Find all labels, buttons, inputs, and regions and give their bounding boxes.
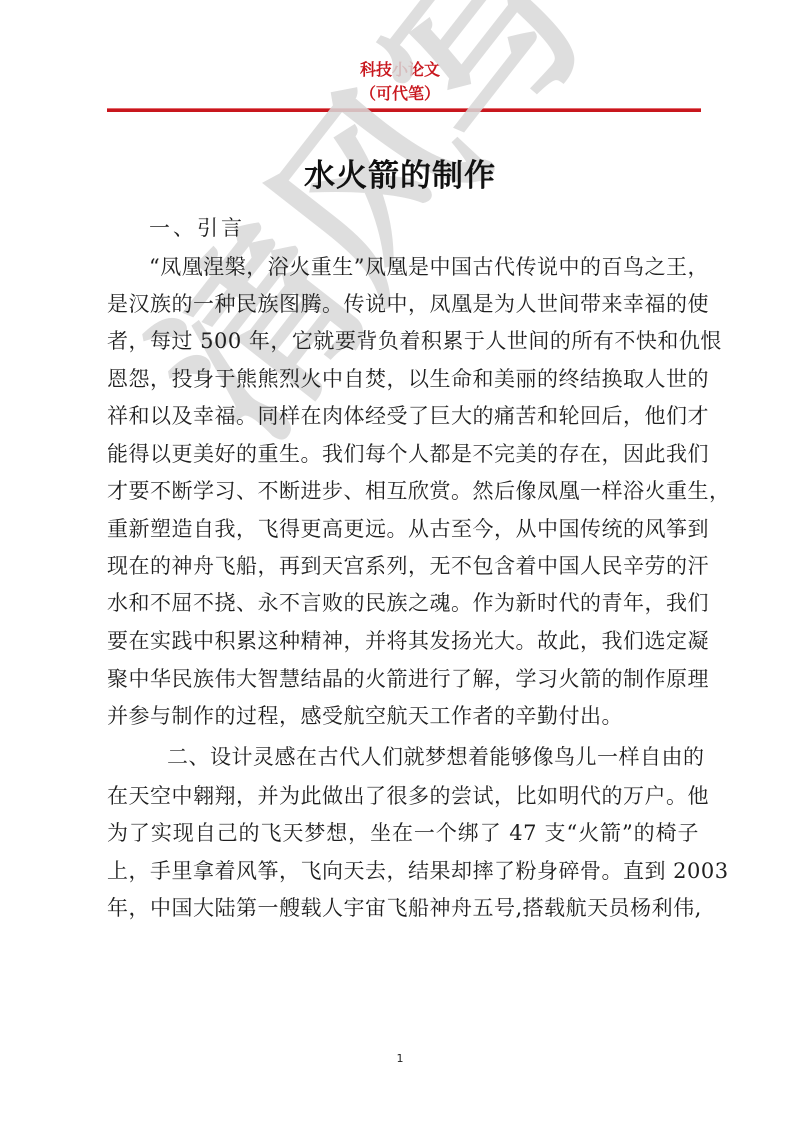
- paragraph-line: 并参与制作的过程，感受航空航天工作者的辛勤付出。: [107, 701, 699, 731]
- paragraph-line: 者，每过 500 年，它就要背负着积累于人世间的所有不快和仇恨: [107, 326, 699, 356]
- section-heading-intro: 一、引言: [149, 212, 245, 242]
- page-number: 1: [0, 1052, 800, 1065]
- paragraph-line: 上，手里拿着风筝，飞向天去，结果却摔了粉身碎骨。直到 2003: [107, 856, 699, 886]
- paragraph-line: 重新塑造自我，飞得更高更远。从古至今，从中国传统的风筝到: [107, 514, 699, 544]
- paragraph-line: 聚中华民族伟大智慧结晶的火箭进行了解，学习火箭的制作原理: [107, 664, 699, 694]
- paragraph-line: 能得以更美好的重生。我们每个人都是不完美的存在，因此我们: [107, 439, 699, 469]
- paragraph-line: 为了实现自己的飞天梦想，坐在一个绑了 47 支“火箭”的椅子: [107, 818, 699, 848]
- paragraph-line: 二、设计灵感在古代人们就梦想着能够像鸟儿一样自由的: [167, 742, 699, 772]
- document-title: 水火箭的制作: [0, 150, 800, 195]
- paragraph-line: 现在的神舟飞船，再到天宫系列，无不包含着中国人民辛劳的汗: [107, 551, 699, 581]
- paragraph-line: 祥和以及幸福。同样在肉体经受了巨大的痛苦和轮回后，他们才: [107, 401, 699, 431]
- paragraph-line: 是汉族的一种民族图腾。传说中，凤凰是为人世间带来幸福的使: [107, 289, 699, 319]
- paragraph-line: “凤凰涅槃，浴火重生”凤凰是中国古代传说中的百鸟之王，: [149, 252, 699, 282]
- paragraph-line: 在天空中翱翔，并为此做出了很多的尝试，比如明代的万户。他: [107, 781, 699, 811]
- paragraph-line: 要在实践中积累这种精神，并将其发扬光大。故此，我们选定凝: [107, 626, 699, 656]
- paragraph-line: 年，中国大陆第一艘载人宇宙飞船神舟五号,搭载航天员杨利伟,: [107, 893, 699, 923]
- paragraph-line: 水和不屈不挠、永不言败的民族之魂。作为新时代的青年，我们: [107, 588, 699, 618]
- paragraph-line: 才要不断学习、不断进步、相互欣赏。然后像凤凰一样浴火重生，: [107, 476, 699, 506]
- paragraph-line: 恩怨，投身于熊熊烈火中自焚，以生命和美丽的终结换取人世的: [107, 364, 699, 394]
